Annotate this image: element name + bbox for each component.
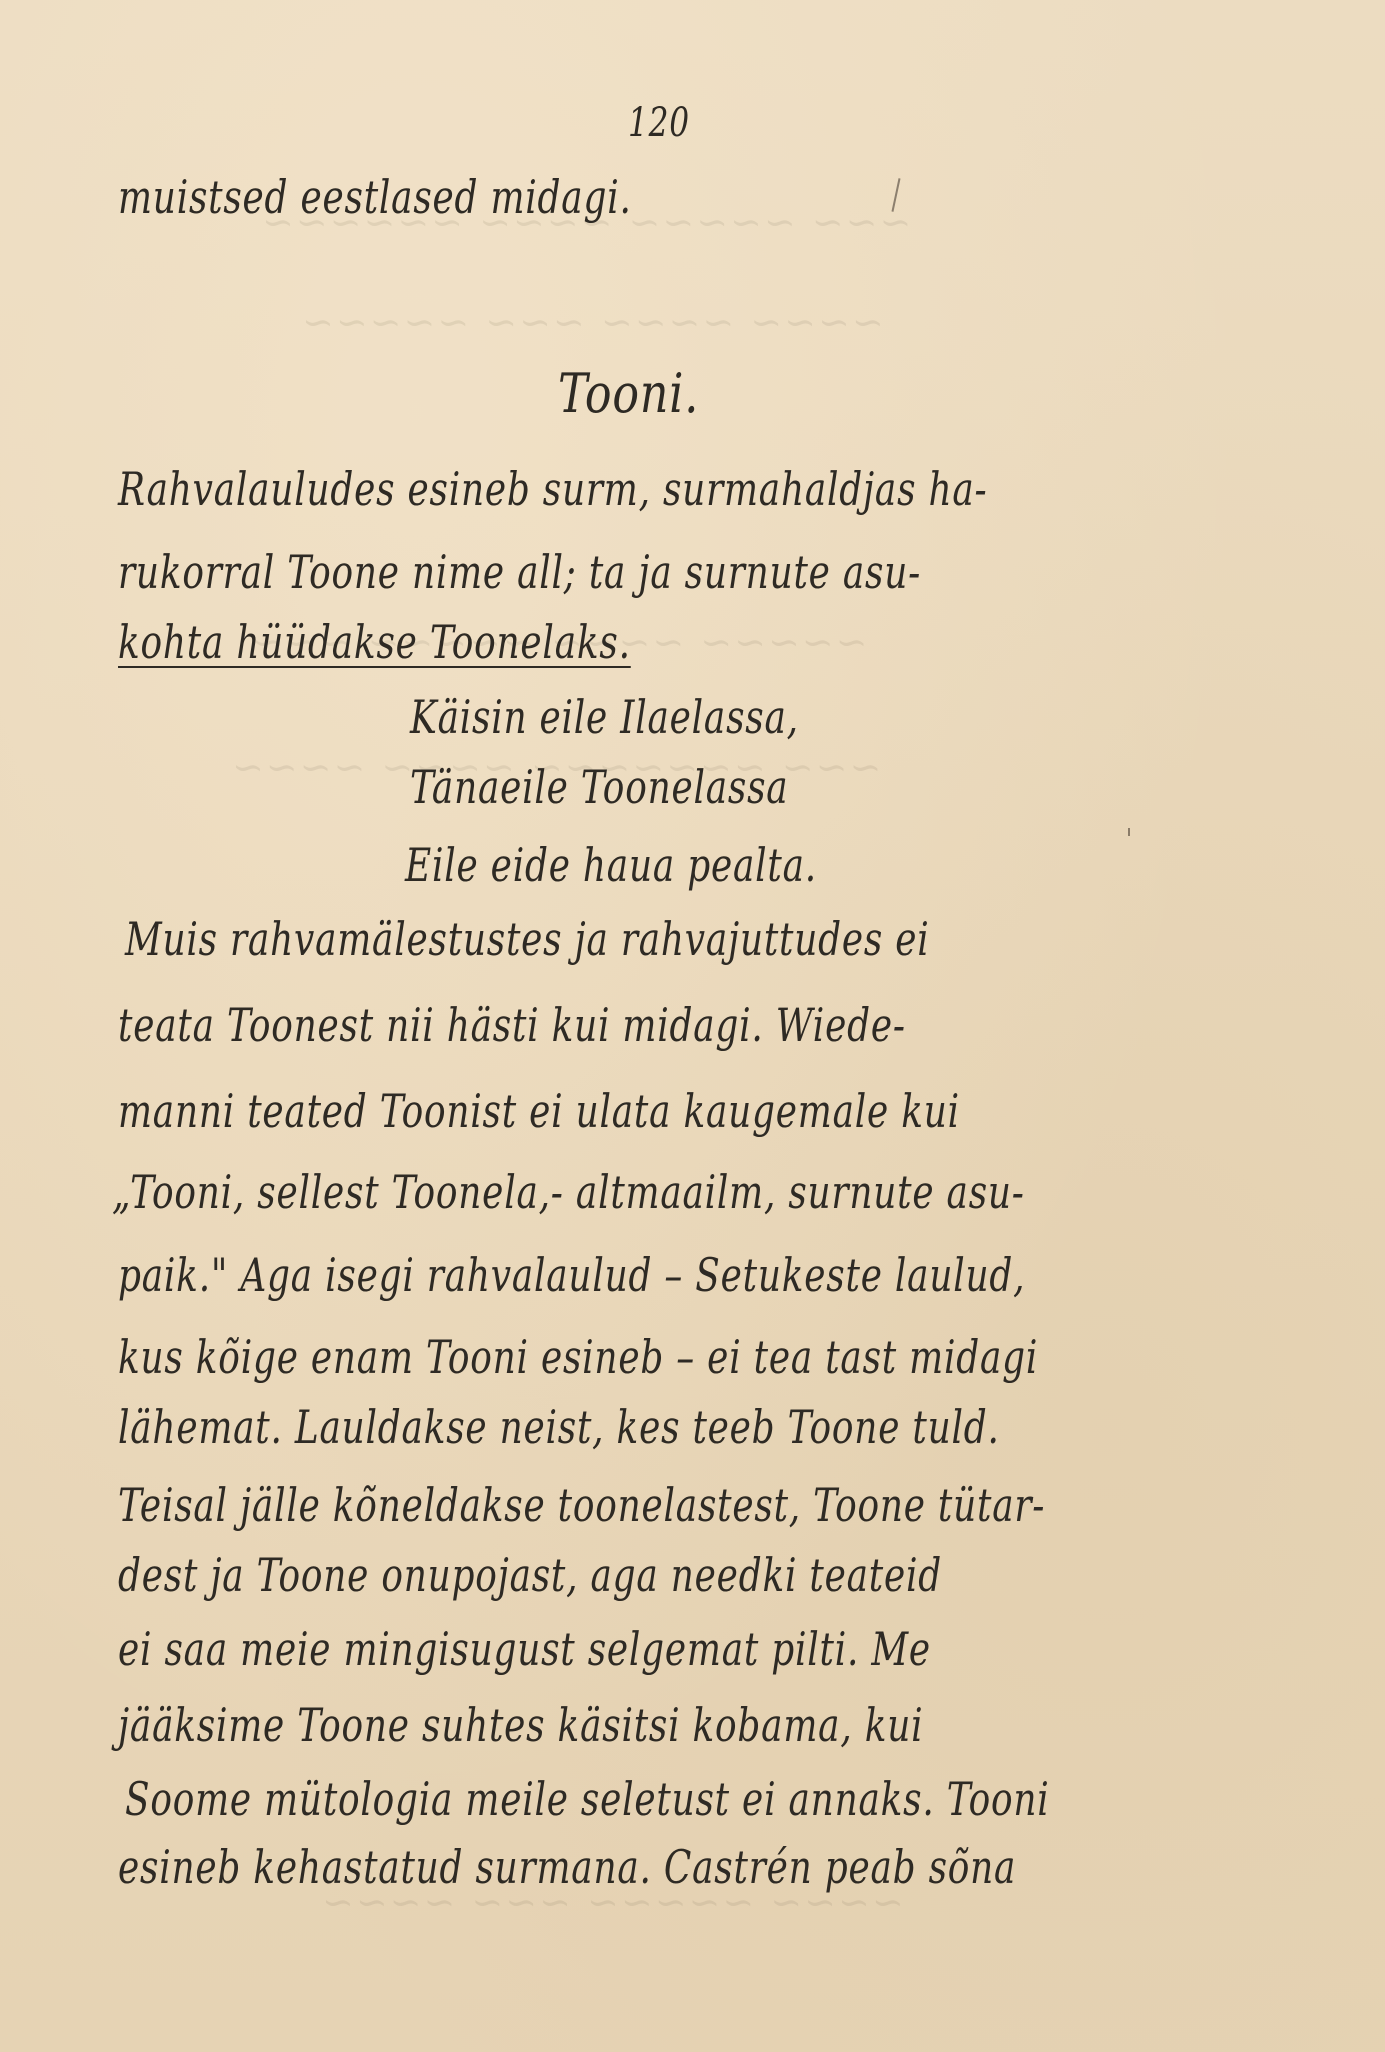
paragraph-line: esineb kehastatud surmana. Castrén peab … — [118, 1840, 1016, 1894]
manuscript-page: ~~~ ~~~~~ ~~~~ ~~~~~~ ~~~~ ~~~~ ~~~ ~~~~… — [0, 0, 1385, 2052]
verse-line: Käisin eile Ilaelassa, — [410, 690, 799, 744]
paragraph-line: jääksime Toone suhtes käsitsi kobama, ku… — [118, 1698, 923, 1752]
stray-pencil-mark — [1128, 828, 1130, 836]
paragraph-line: kus kõige enam Tooni esineb – ei tea tas… — [118, 1330, 1038, 1384]
verse-line: Eile eide haua pealta. — [405, 838, 817, 892]
page-number: 120 — [628, 100, 690, 146]
paragraph-line: Soome mütologia meile seletust ei annaks… — [125, 1772, 1050, 1826]
paragraph-line: Teisal jälle kõneldakse toonelastest, To… — [118, 1478, 1045, 1532]
bleed-through-text: ~~~~ ~~~~ ~~~ ~~~~~ — [300, 300, 884, 344]
paragraph-line: ei saa meie mingisugust selgemat pilti. … — [118, 1622, 931, 1676]
verse-line: Tänaeile Toonelassa — [410, 760, 788, 814]
paragraph-line: „Tooni, sellest Toonela,- altmaailm, sur… — [112, 1165, 1025, 1219]
paragraph-line: paik." Aga isegi rahvalaulud – Setukeste… — [118, 1248, 1025, 1302]
paragraph-line: lähemat. Lauldakse neist, kes teeb Toone… — [118, 1400, 1000, 1454]
paragraph-line: manni teated Toonist ei ulata kaugemale … — [118, 1084, 960, 1138]
paragraph-line: Rahvalauludes esineb surm, surmahaldjas … — [118, 462, 987, 516]
paragraph-line: kohta hüüdakse Toonelaks. — [118, 615, 631, 669]
section-heading: Tooni. — [558, 362, 699, 425]
paragraph-line: rukorral Toone nime all; ta ja surnute a… — [118, 545, 921, 599]
paragraph-line: teata Toonest nii hästi kui midagi. Wied… — [118, 998, 906, 1052]
continuation-line: muistsed eestlased midagi. — [118, 170, 632, 224]
paragraph-line: Muis rahvamälestustes ja rahvajuttudes e… — [125, 912, 930, 966]
paragraph-line: dest ja Toone onupojast, aga needki teat… — [118, 1548, 942, 1602]
